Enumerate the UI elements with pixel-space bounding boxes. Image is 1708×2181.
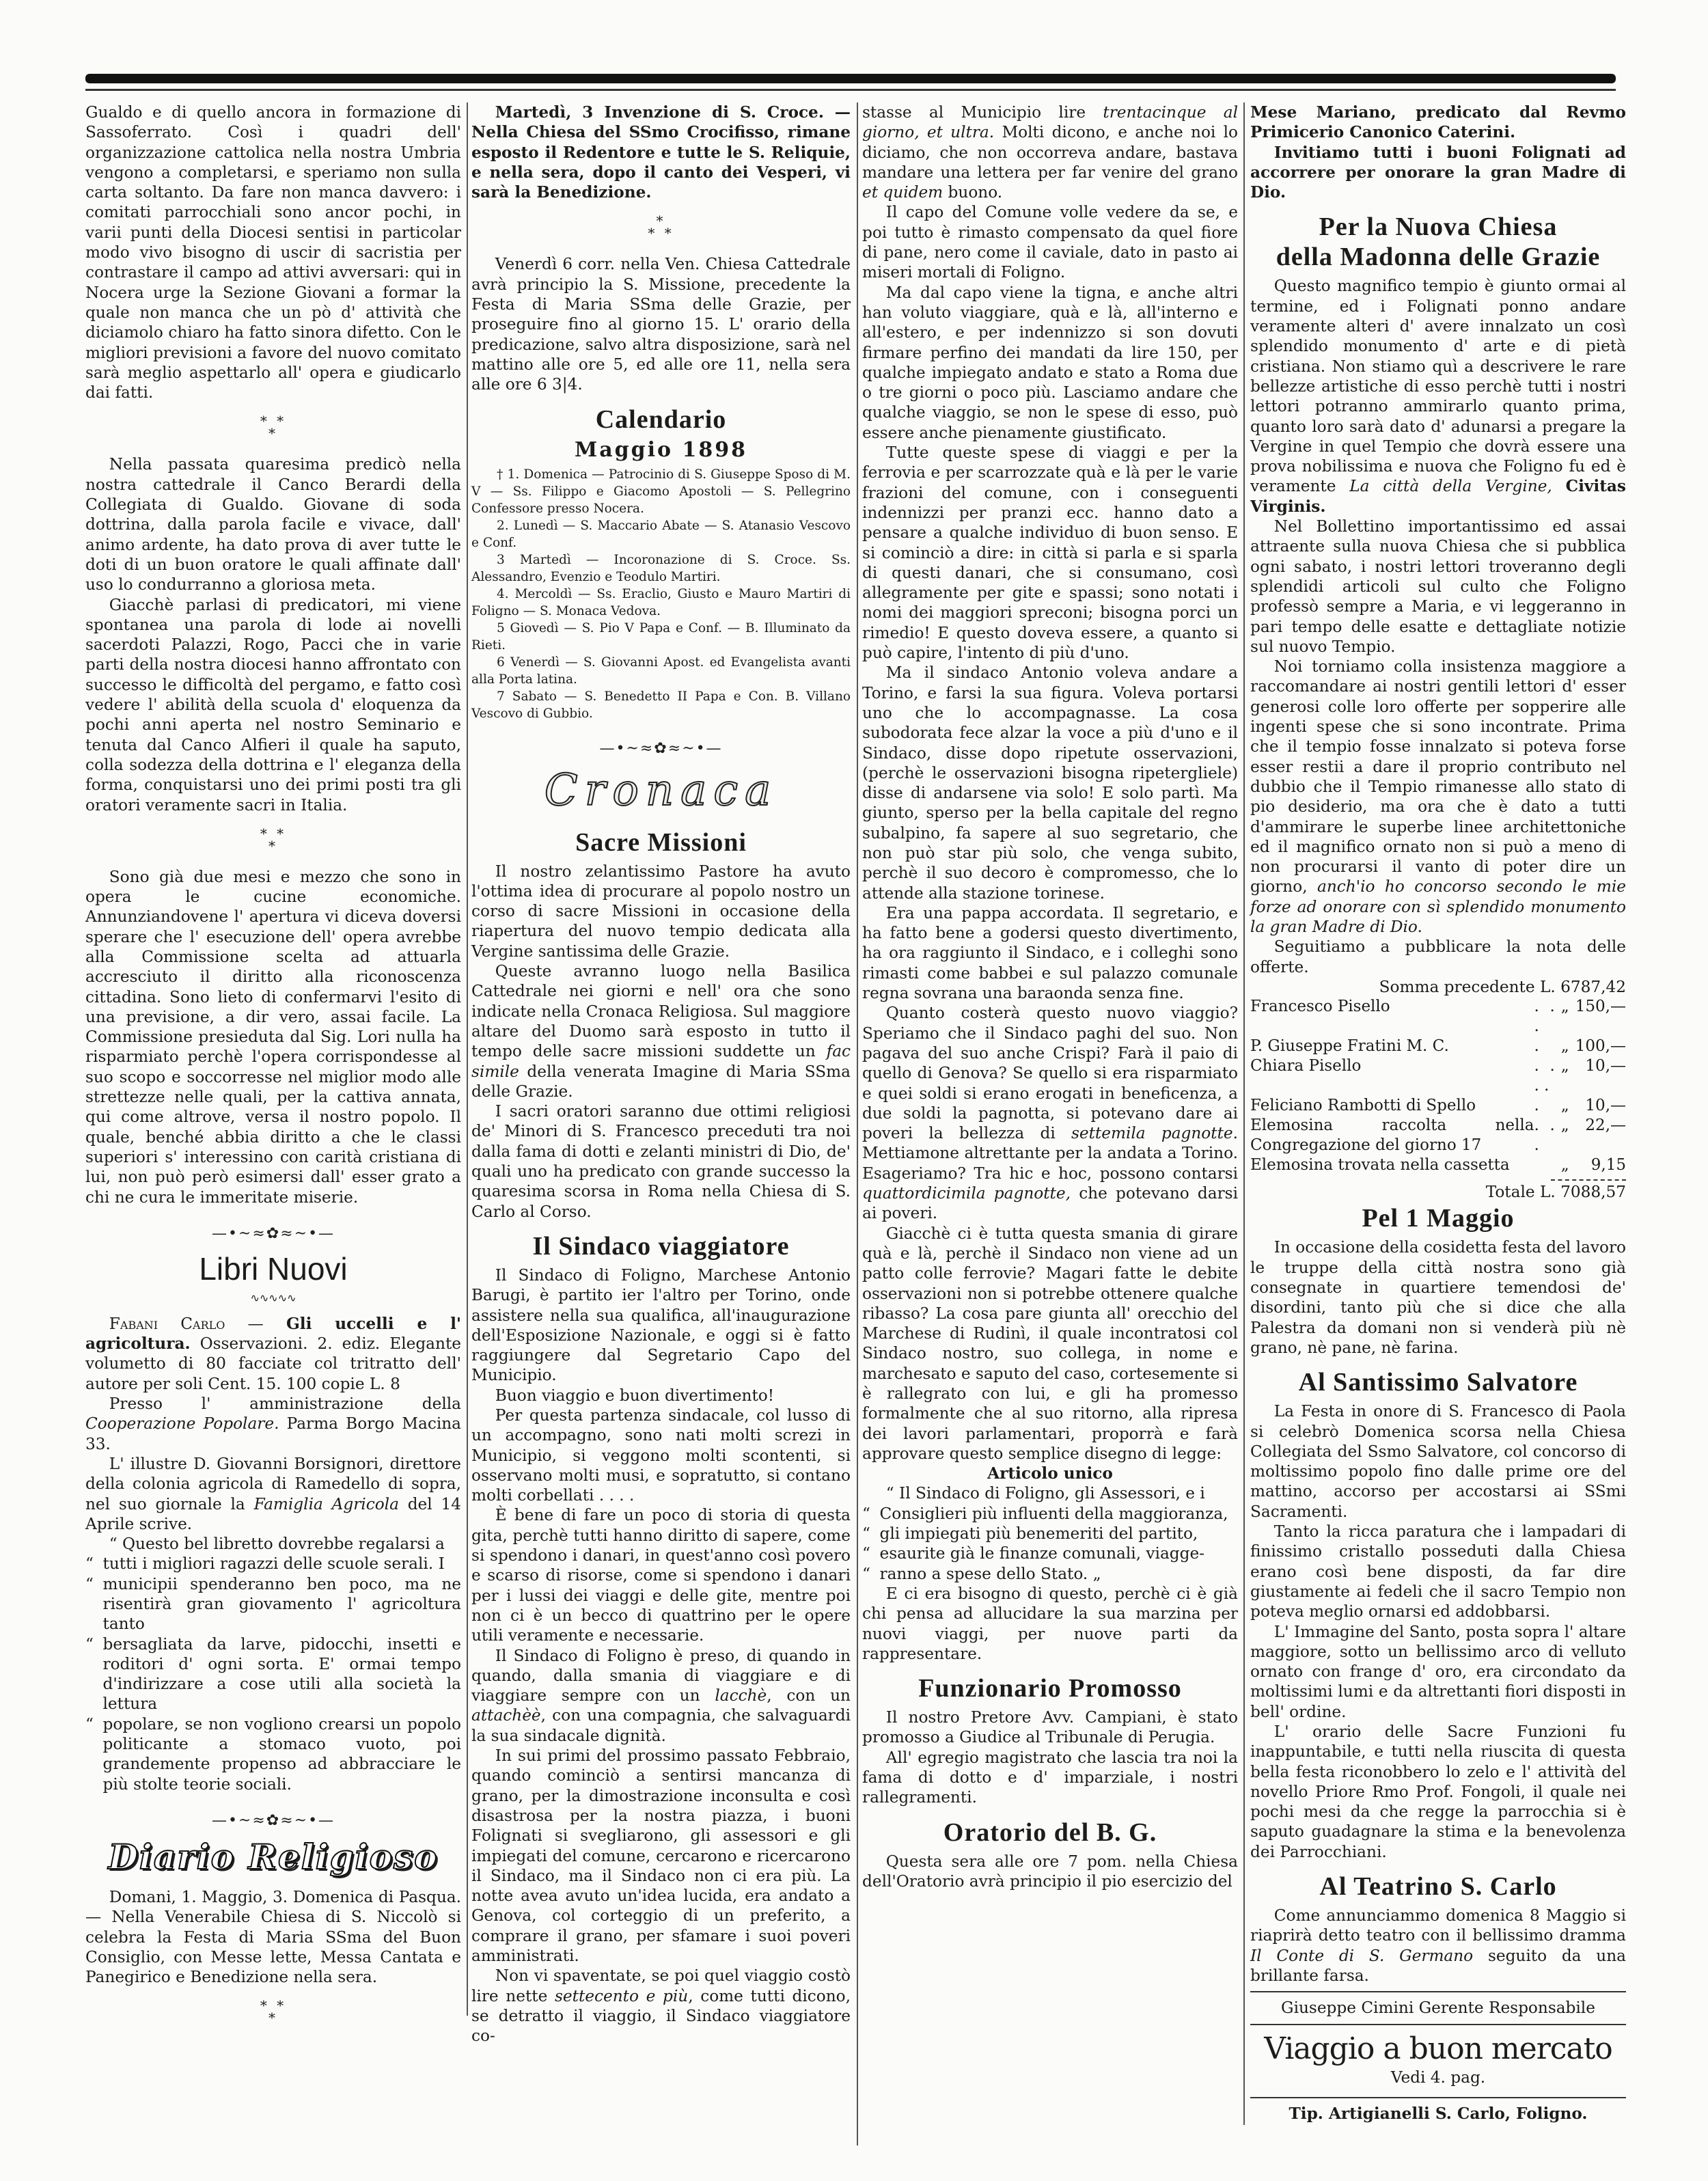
article-paragraph: All' egregio magistrato che lascia tra n… xyxy=(862,1748,1238,1808)
top-thick-rule xyxy=(85,74,1616,83)
column-2: Martedì, 3 Invenzione di S. Croce. — Nel… xyxy=(471,102,851,2046)
article-paragraph: Era una pappa accordata. Il segretario, … xyxy=(862,903,1238,1003)
article-paragraph: Buon viaggio e buon divertimento! xyxy=(471,1386,851,1405)
table-row: Chiara Pisello. . . .„10,— xyxy=(1250,1056,1626,1096)
article-paragraph: Tutte queste spese di viaggi e per la fe… xyxy=(862,443,1238,663)
quote-line: Consiglieri più influenti della maggiora… xyxy=(862,1504,1238,1524)
article-paragraph: stasse al Municipio lire trentacinque al… xyxy=(862,102,1238,202)
article-paragraph: Mese Mariano, predicato dal Revmo Primic… xyxy=(1250,102,1626,143)
ornamental-divider: —•~≈✿≈~•— xyxy=(85,1811,461,1831)
article-paragraph: L' Immagine del Santo, posta sopra l' al… xyxy=(1250,1622,1626,1722)
article-heading-funzionario-promosso: Funzionario Promosso xyxy=(862,1673,1238,1703)
column-4: Mese Mariano, predicato dal Revmo Primic… xyxy=(1250,102,1626,2124)
calendar-item: 7 Sabato — S. Benedetto II Papa e Con. B… xyxy=(471,688,851,722)
offerings-list: Somma precedente L. 6787,42 Francesco Pi… xyxy=(1250,977,1626,1203)
column-divider xyxy=(1243,102,1245,2125)
column-divider xyxy=(857,102,858,2145)
printer-imprint: Tip. Artigianelli S. Carlo, Foligno. xyxy=(1250,2104,1626,2124)
divider xyxy=(1250,2024,1626,2025)
quote-line: popolare, se non vogliono crearsi un pop… xyxy=(85,1714,461,1794)
table-row: Elemosina trovata nella cassetta„9,15 xyxy=(1250,1155,1626,1175)
article-paragraph: Non vi spaventate, se poi quel viaggio c… xyxy=(471,1966,851,2046)
article-paragraph: Ma il sindaco Antonio voleva andare a To… xyxy=(862,663,1238,903)
article-paragraph: Quanto costerà questo nuovo viaggio? Spe… xyxy=(862,1003,1238,1223)
column-3: stasse al Municipio lire trentacinque al… xyxy=(862,102,1238,1891)
article-heading-nuova-chiesa: Per la Nuova Chiesa xyxy=(1250,212,1626,242)
calendar-item: 2. Lunedì — S. Maccario Abate — S. Atana… xyxy=(471,517,851,551)
article-paragraph: Noi torniamo colla insistenza maggiore a… xyxy=(1250,657,1626,937)
article-paragraph: Martedì, 3 Invenzione di S. Croce. — Nel… xyxy=(471,102,851,202)
offerings-table: Francesco Pisello. . .„150,— P. Giuseppe… xyxy=(1250,997,1626,1175)
calendar-item: 6 Venerdì — S. Giovanni Apost. ed Evange… xyxy=(471,654,851,688)
article-paragraph: Nel Bollettino importantissimo ed assai … xyxy=(1250,517,1626,657)
grand-total: Totale L. 7088,57 xyxy=(1250,1182,1626,1202)
article-paragraph: Come annunciammo domenica 8 Maggio si ri… xyxy=(1250,1906,1626,1986)
article-paragraph: In sui primi del prossimo passato Febbra… xyxy=(471,1746,851,1966)
column-divider xyxy=(467,102,468,2016)
article-heading-madonna-grazie: della Madonna delle Grazie xyxy=(1250,242,1626,272)
section-heading-cronaca: Cronaca xyxy=(471,763,851,818)
quote-line: bersagliata da larve, pidocchi, insetti … xyxy=(85,1634,461,1714)
quote-line: “ Il Sindaco di Foligno, gli Assessori, … xyxy=(862,1483,1238,1503)
article-heading-teatrino: Al Teatrino S. Carlo xyxy=(1250,1871,1626,1902)
article-paragraph: Invitiamo tutti i buoni Folignati ad acc… xyxy=(1250,143,1626,203)
article-paragraph: Sono già due mesi e mezzo che sono in op… xyxy=(85,867,461,1207)
calendar-item: 4. Mercoldì — Ss. Eraclio, Giusto e Maur… xyxy=(471,586,851,620)
section-heading-diario-religioso: Diario Religioso xyxy=(85,1837,461,1878)
calendar-item: 5 Giovedì — S. Pio V Papa e Conf. — B. I… xyxy=(471,620,851,654)
advertisement-subtitle: Vedi 4. pag. xyxy=(1250,2068,1626,2087)
ornamental-divider: —•~≈✿≈~•— xyxy=(471,739,851,759)
quote-line: esaurite già le finanze comunali, viagge… xyxy=(862,1544,1238,1563)
article-paragraph: Il nostro zelantissimo Pastore ha avuto … xyxy=(471,862,851,961)
article-paragraph: È bene di fare un poco di storia di ques… xyxy=(471,1505,851,1645)
calendar-item: † 1. Domenica — Patrocinio di S. Giusepp… xyxy=(471,466,851,517)
article-paragraph: Il nostro Pretore Avv. Campiani, è stato… xyxy=(862,1707,1238,1748)
article-paragraph: Il Sindaco di Foligno, Marchese Antonio … xyxy=(471,1265,851,1386)
section-heading-libri-nuovi: Libri Nuovi xyxy=(85,1250,461,1288)
asterism: * ** xyxy=(85,827,461,852)
sum-rule xyxy=(1551,1179,1626,1181)
article-heading-oratorio: Oratorio del B. G. xyxy=(862,1817,1238,1848)
article-paragraph: Presso l' amministrazione della Cooperaz… xyxy=(85,1394,461,1454)
top-thin-rule xyxy=(85,89,1616,91)
article-paragraph: Per questa partenza sindacale, col lusso… xyxy=(471,1405,851,1505)
article-heading-sindaco-viaggiatore: Il Sindaco viaggiatore xyxy=(471,1231,851,1261)
article-paragraph: Seguitiamo a pubblicare la nota delle of… xyxy=(1250,937,1626,977)
quote-line: municipii spenderanno ben poco, ma ne ri… xyxy=(85,1574,461,1634)
quote-line: ranno a spese dello Stato. „ xyxy=(862,1564,1238,1584)
calendar-item: 3 Martedì — Incoronazione di S. Croce. S… xyxy=(471,551,851,586)
article-paragraph: Il Sindaco di Foligno è preso, di quando… xyxy=(471,1646,851,1746)
divider xyxy=(1250,2097,1626,2098)
ornamental-divider: —•~≈✿≈~•— xyxy=(85,1224,461,1244)
divider xyxy=(1250,1991,1626,1992)
quote-line: tutti i migliori ragazzi delle scuole se… xyxy=(85,1554,461,1574)
asterism: * ** xyxy=(85,1999,461,2024)
law-quote: “ Il Sindaco di Foligno, gli Assessori, … xyxy=(862,1483,1238,1583)
table-row: Francesco Pisello. . .„150,— xyxy=(1250,997,1626,1037)
table-row: Elemosina raccolta nella Congregazione d… xyxy=(1250,1116,1626,1155)
article-paragraph: Questo magnifico tempio è giunto ormai a… xyxy=(1250,276,1626,517)
article-paragraph: L' illustre D. Giovanni Borsignori, dire… xyxy=(85,1454,461,1534)
article-paragraph: Nella passata quaresima predicò nella no… xyxy=(85,454,461,594)
advertisement-title: Viaggio a buon mercato xyxy=(1250,2031,1626,2068)
article-heading-sacre-missioni: Sacre Missioni xyxy=(471,827,851,858)
quote-line: “ Questo bel libretto dovrebbe regalarsi… xyxy=(85,1534,461,1554)
article-paragraph: Questa sera alle ore 7 pom. nella Chiesa… xyxy=(862,1852,1238,1892)
table-row: P. Giuseppe Fratini M. C..„100,— xyxy=(1250,1037,1626,1056)
block-quote: “ Questo bel libretto dovrebbe regalarsi… xyxy=(85,1534,461,1794)
article-paragraph: In occasione della cosidetta festa del l… xyxy=(1250,1237,1626,1358)
article-paragraph: Giacchè parlasi di predicatori, mi viene… xyxy=(85,595,461,815)
calendar-list: † 1. Domenica — Patrocinio di S. Giusepp… xyxy=(471,466,851,722)
quote-line: gli impiegati più benemeriti del partito… xyxy=(862,1524,1238,1544)
article-paragraph: Gualdo e di quello ancora in formazione … xyxy=(85,102,461,402)
article-paragraph: Ma dal capo viene la tigna, e anche altr… xyxy=(862,283,1238,443)
article-paragraph: Il capo del Comune volle vedere da se, e… xyxy=(862,202,1238,282)
section-heading-calendario: Calendario xyxy=(471,404,851,435)
article-paragraph: E ci era bisogno di questo, perchè ci è … xyxy=(862,1584,1238,1664)
article-paragraph: La Festa in onore di S. Francesco di Pao… xyxy=(1250,1401,1626,1522)
article-paragraph: Giacchè ci è tutta questa smania di gira… xyxy=(862,1224,1238,1464)
book-entry: Fabani Carlo — Gli uccelli e l' agricolt… xyxy=(85,1314,461,1394)
article-paragraph: Domani, 1. Maggio, 3. Domenica di Pasqua… xyxy=(85,1887,461,1987)
book-author: Fabani Carlo xyxy=(109,1315,225,1333)
article-paragraph: Venerdì 6 corr. nella Ven. Chiesa Catted… xyxy=(471,254,851,394)
article-paragraph: L' orario delle Sacre Funzioni fu inappu… xyxy=(1250,1722,1626,1862)
table-row: Feliciano Rambotti di Spello.„10,— xyxy=(1250,1096,1626,1116)
article-paragraph: Queste avranno luogo nella Basilica Catt… xyxy=(471,961,851,1101)
responsible-manager: Giuseppe Cimini Gerente Responsabile xyxy=(1250,1998,1626,2018)
asterism: * ** xyxy=(85,415,461,439)
article-heading-pel-1-maggio: Pel 1 Maggio xyxy=(1250,1203,1626,1233)
asterism: ** * xyxy=(471,215,851,239)
squiggle-divider: ∿∿∿∿∿ xyxy=(85,1292,461,1304)
column-1: Gualdo e di quello ancora in formazione … xyxy=(85,102,461,2039)
previous-total: Somma precedente L. 6787,42 xyxy=(1250,977,1626,997)
article-paragraph: I sacri oratori saranno due ottimi relig… xyxy=(471,1101,851,1222)
law-heading: Articolo unico xyxy=(862,1464,1238,1483)
calendar-month: Maggio 1898 xyxy=(471,439,851,462)
article-heading-santissimo-salvatore: Al Santissimo Salvatore xyxy=(1250,1367,1626,1397)
article-paragraph: Tanto la ricca paratura che i lampadari … xyxy=(1250,1522,1626,1621)
